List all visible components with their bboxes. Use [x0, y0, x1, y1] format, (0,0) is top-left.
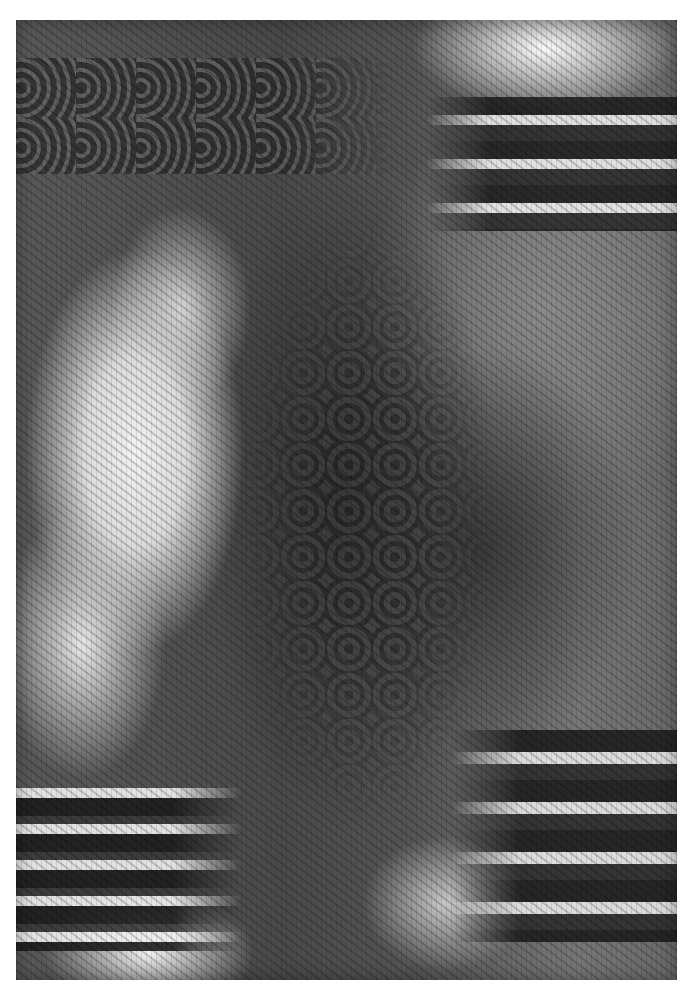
- rug-image: [16, 20, 677, 980]
- rug-edge-shading: [16, 20, 677, 980]
